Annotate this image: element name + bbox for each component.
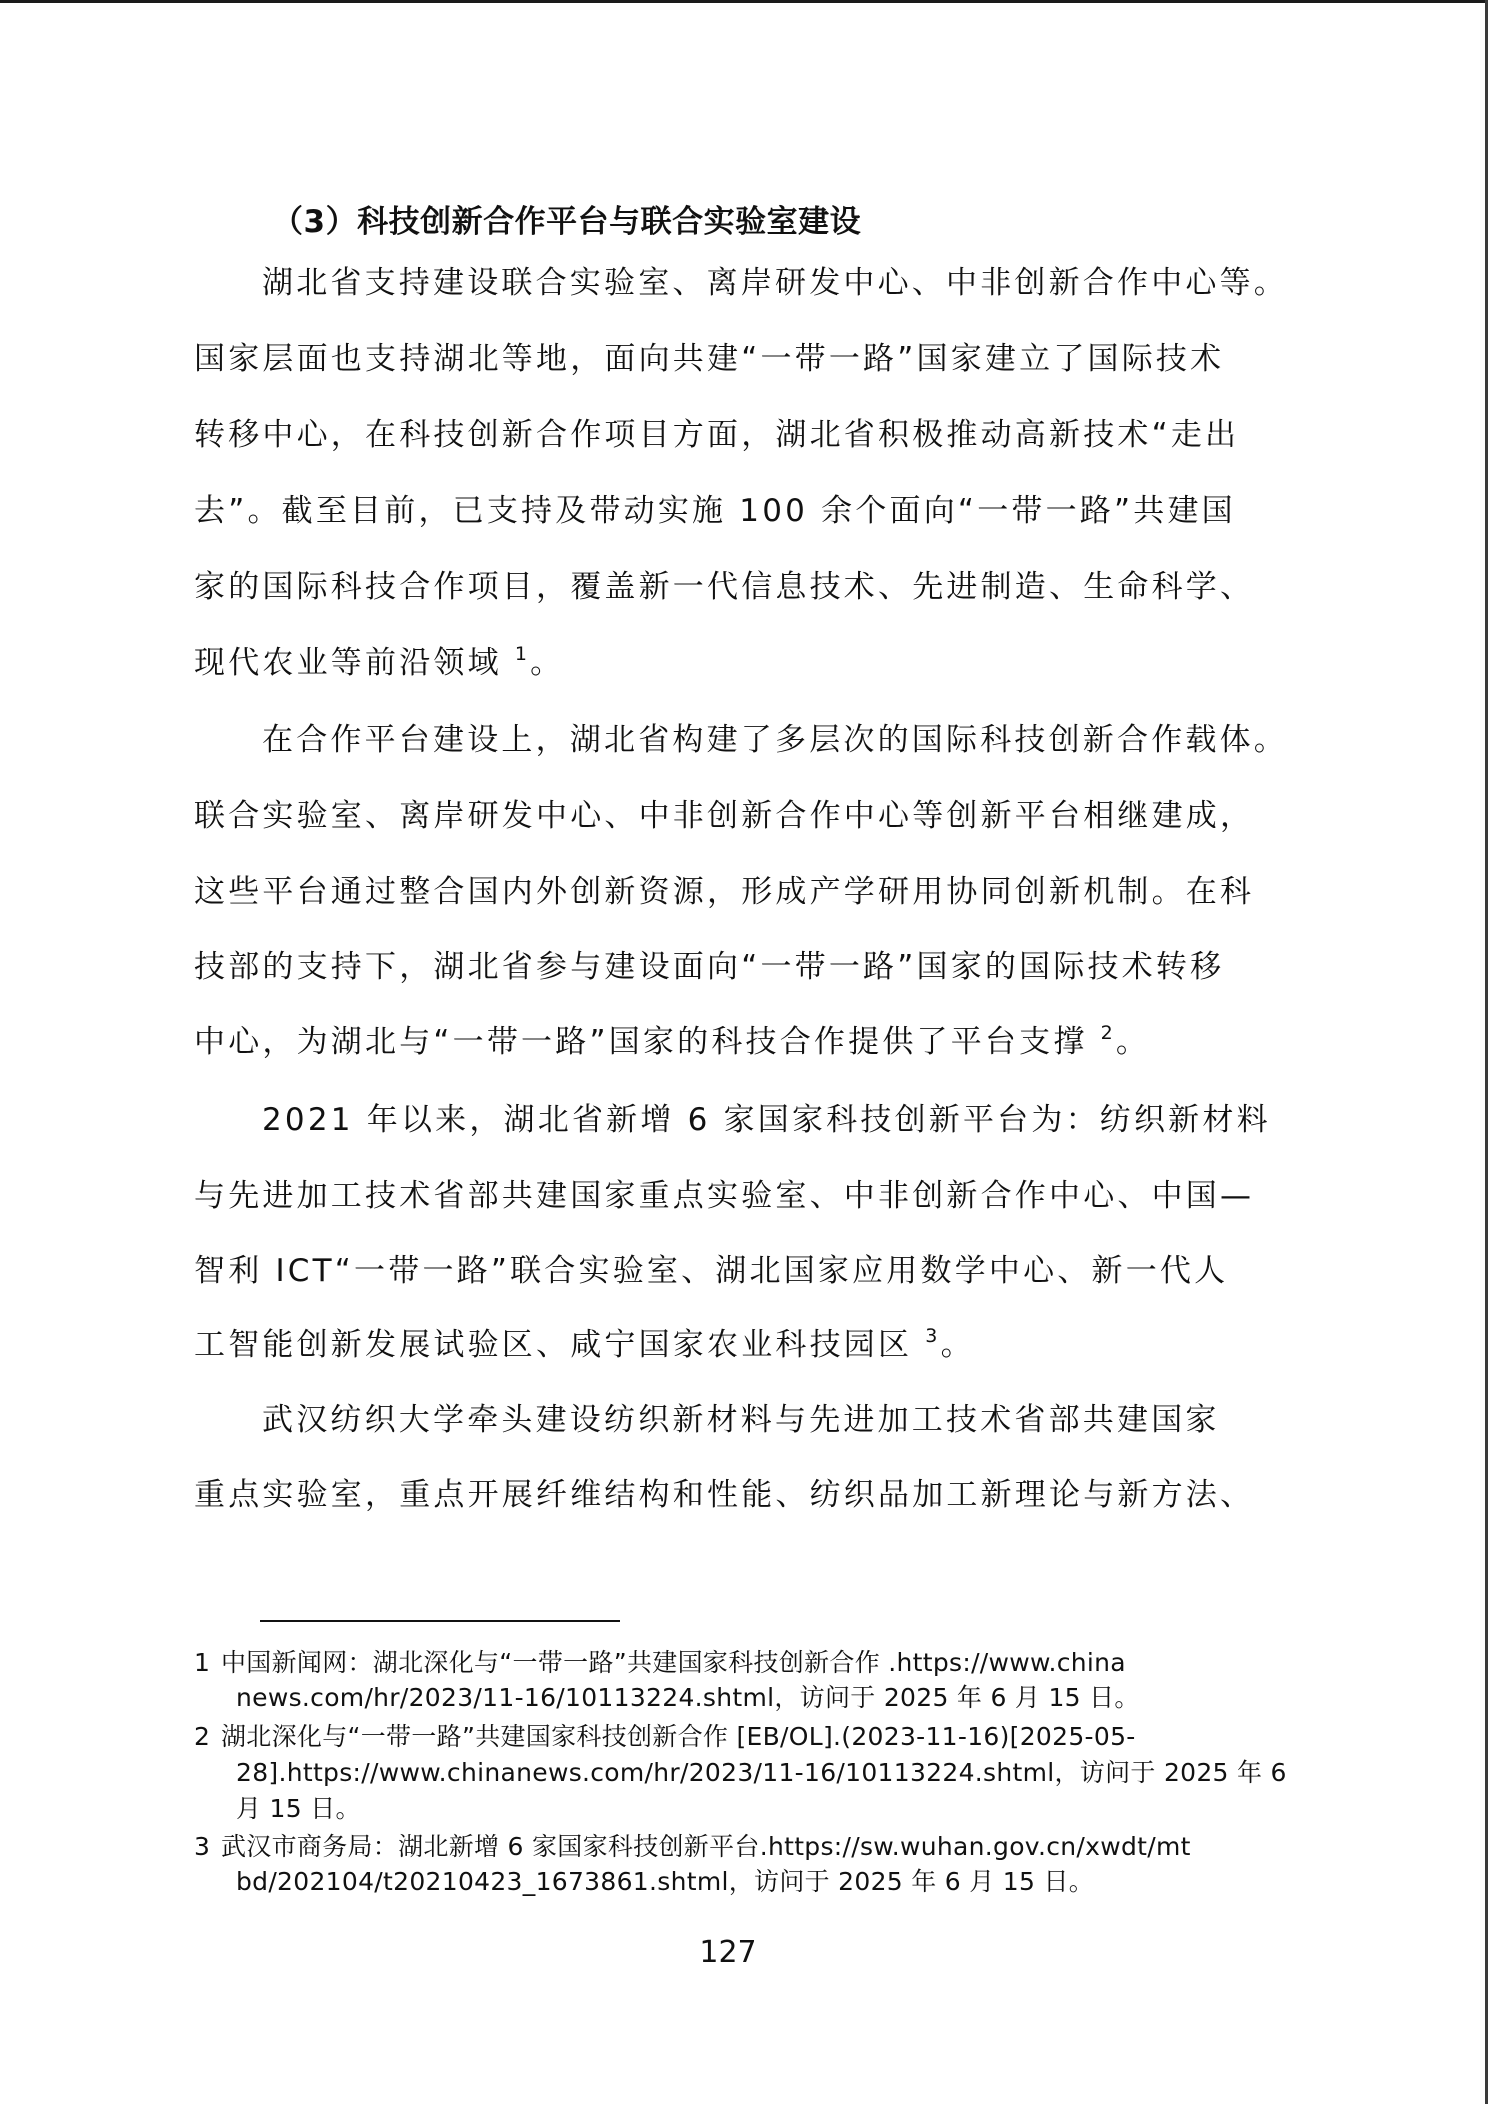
footnote-line: 28].https://www.chinanews.com/hr/2023/11… bbox=[236, 1757, 1287, 1789]
footnote-number: 2 bbox=[194, 1721, 210, 1753]
footnote-line: 武汉市商务局：湖北新增 6 家国家科技创新平台.https://sw.wuhan… bbox=[221, 1831, 1191, 1863]
paragraph-line: 联合实验室、离岸研发中心、中非创新合作中心等创新平台相继建成， bbox=[194, 796, 1264, 836]
paragraph-line: 转移中心，在科技创新合作项目方面，湖北省积极推动高新技术“走出 bbox=[194, 415, 1264, 455]
paragraph-line: 工智能创新发展试验区、咸宁国家农业科技园区 3。 bbox=[194, 1325, 1264, 1365]
section-heading: （3）科技创新合作平台与联合实验室建设 bbox=[272, 202, 861, 242]
end-punctuation: 。 bbox=[530, 645, 564, 681]
paragraph-line: 智利 ICT“一带一路”联合实验室、湖北国家应用数学中心、新一代人 bbox=[194, 1251, 1264, 1291]
paragraph-text: 工智能创新发展试验区、咸宁国家农业科技园区 bbox=[194, 1327, 912, 1363]
footnote-line: 中国新闻网：湖北深化与“一带一路”共建国家科技创新合作 .https://www… bbox=[221, 1647, 1126, 1679]
page-top-border bbox=[0, 0, 1488, 3]
paragraph-text: 中心，为湖北与“一带一路”国家的科技合作提供了平台支撑 bbox=[194, 1024, 1088, 1060]
paragraph-line: 重点实验室，重点开展纤维结构和性能、纺织品加工新理论与新方法、 bbox=[194, 1475, 1264, 1515]
footnote-ref-3[interactable]: 3 bbox=[925, 1325, 940, 1347]
footnote-line: 月 15 日。 bbox=[236, 1793, 361, 1825]
footnote-ref-1[interactable]: 1 bbox=[515, 643, 530, 665]
footnote-number: 3 bbox=[194, 1831, 210, 1863]
paragraph-line: 技部的支持下，湖北省参与建设面向“一带一路”国家的国际技术转移 bbox=[194, 947, 1264, 987]
footnote-line: news.com/hr/2023/11-16/10113224.shtml，访问… bbox=[236, 1682, 1140, 1714]
paragraph-line: 去”。截至目前，已支持及带动实施 100 余个面向“一带一路”共建国 bbox=[194, 491, 1264, 531]
paragraph-line: 在合作平台建设上，湖北省构建了多层次的国际科技创新合作载体。 bbox=[262, 720, 1264, 760]
paragraph-line: 2021 年以来，湖北省新增 6 家国家科技创新平台为：纺织新材料 bbox=[262, 1100, 1264, 1140]
paragraph-line: 与先进加工技术省部共建国家重点实验室、中非创新合作中心、中国— bbox=[194, 1176, 1264, 1216]
paragraph-line: 这些平台通过整合国内外创新资源，形成产学研用协同创新机制。在科 bbox=[194, 872, 1264, 912]
page-number: 127 bbox=[0, 1935, 1456, 1971]
paragraph-line: 国家层面也支持湖北等地，面向共建“一带一路”国家建立了国际技术 bbox=[194, 339, 1264, 379]
footnote-separator bbox=[260, 1620, 620, 1622]
paragraph-line: 中心，为湖北与“一带一路”国家的科技合作提供了平台支撑 2。 bbox=[194, 1022, 1264, 1062]
end-punctuation: 。 bbox=[1116, 1024, 1150, 1060]
footnote-number: 1 bbox=[194, 1647, 210, 1679]
paragraph-text: 现代农业等前沿领域 bbox=[194, 645, 502, 681]
paragraph-line: 湖北省支持建设联合实验室、离岸研发中心、中非创新合作中心等。 bbox=[262, 263, 1264, 303]
paragraph-line: 武汉纺织大学牵头建设纺织新材料与先进加工技术省部共建国家 bbox=[262, 1400, 1264, 1440]
footnote-ref-2[interactable]: 2 bbox=[1101, 1022, 1116, 1044]
footnote-line: 湖北深化与“一带一路”共建国家科技创新合作 [EB/OL].(2023-11-1… bbox=[221, 1721, 1136, 1753]
paragraph-line: 现代农业等前沿领域 1。 bbox=[194, 643, 1264, 683]
paragraph-line: 家的国际科技合作项目，覆盖新一代信息技术、先进制造、生命科学、 bbox=[194, 567, 1264, 607]
footnote-line: bd/202104/t20210423_1673861.shtml，访问于 20… bbox=[236, 1866, 1094, 1898]
end-punctuation: 。 bbox=[941, 1327, 975, 1363]
